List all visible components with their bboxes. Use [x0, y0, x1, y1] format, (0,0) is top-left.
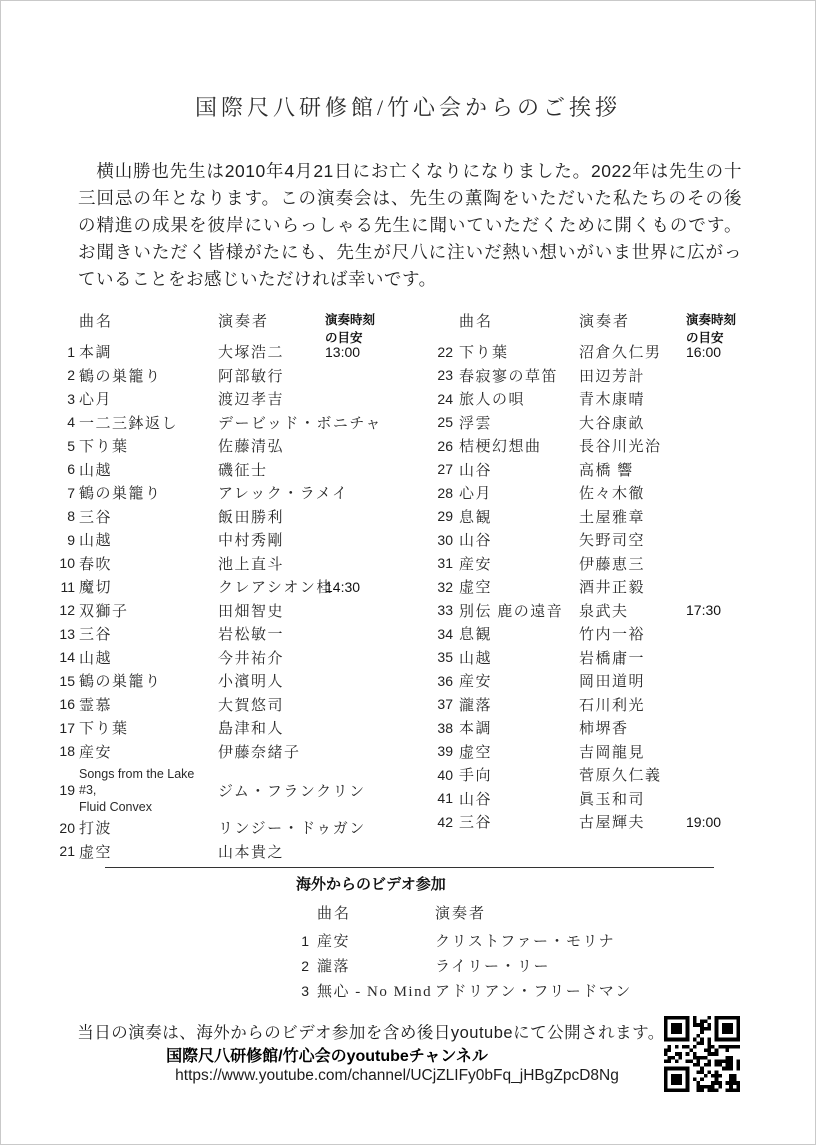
- performer-name: 岡田道明: [579, 670, 680, 691]
- row-number: 15: [53, 673, 75, 689]
- row-number: 3: [286, 983, 309, 999]
- row-number: 18: [53, 743, 75, 759]
- song-title: 息観: [459, 623, 573, 644]
- performer-name: 大賀悠司: [218, 694, 321, 715]
- video-rows: 1産安クリストファー・モリナ2瀧落ライリー・リー3無心 - No Mindアドリ…: [286, 928, 646, 1003]
- header-performer: 演奏者: [218, 310, 321, 331]
- program-row: 41山谷眞玉和司: [425, 787, 745, 811]
- song-title: 鶴の巣籠り: [79, 482, 214, 503]
- program-rows-left: 1本調大塚浩二13:002鶴の巣籠り阿部敏行3心月渡辺孝吉4一二三鉢返しデービッ…: [53, 340, 418, 863]
- row-number: 19: [53, 782, 75, 798]
- row-number: 24: [425, 391, 453, 407]
- row-number: 39: [425, 743, 453, 759]
- performer-name: 長谷川光治: [579, 435, 680, 456]
- performer-name: 今井祐介: [218, 647, 321, 668]
- song-title: 息観: [459, 506, 573, 527]
- program-row: 33別伝 鹿の遠音泉武夫17:30: [425, 599, 745, 623]
- row-number: 25: [425, 414, 453, 430]
- program-row: 36産安岡田道明: [425, 669, 745, 693]
- row-number: 9: [53, 532, 75, 548]
- header-performer: 演奏者: [579, 310, 680, 331]
- program-row: 37瀧落石川利光: [425, 693, 745, 717]
- program-row: 2瀧落ライリー・リー: [286, 953, 646, 978]
- program-row: 25浮雲大谷康畝: [425, 411, 745, 435]
- song-title: 手向: [459, 764, 573, 785]
- program-row: 34息観竹内一裕: [425, 622, 745, 646]
- performer-name: 酒井正毅: [579, 576, 680, 597]
- section-divider: [105, 867, 714, 868]
- program-row: 29息観土屋雅章: [425, 505, 745, 529]
- page-title: 国際尺八研修館/竹心会からのご挨拶: [1, 91, 815, 122]
- program-row: 3心月渡辺孝吉: [53, 387, 418, 411]
- performer-name: 高橋 響: [579, 459, 680, 480]
- program-row: 9山越中村秀剛: [53, 528, 418, 552]
- row-number: 26: [425, 438, 453, 454]
- header-time: 演奏時刻の目安: [325, 310, 381, 346]
- row-number: 5: [53, 438, 75, 454]
- song-title: 旅人の唄: [459, 388, 573, 409]
- performer-name: デービッド・ボニチャ: [218, 412, 321, 433]
- row-number: 16: [53, 696, 75, 712]
- performance-time: 17:30: [686, 602, 746, 618]
- performer-name: ジム・フランクリン: [218, 780, 321, 801]
- performer-name: 柿堺香: [579, 717, 680, 738]
- performer-name: 竹内一裕: [579, 623, 680, 644]
- song-title: 浮雲: [459, 412, 573, 433]
- row-number: 42: [425, 814, 453, 830]
- program-row: 5下り葉佐藤清弘: [53, 434, 418, 458]
- table-header-row: 曲名 演奏者 演奏時刻の目安: [425, 307, 745, 340]
- song-title: 虚空: [79, 841, 214, 862]
- row-number: 20: [53, 820, 75, 836]
- row-number: 10: [53, 555, 75, 571]
- performer-name: 岩橋庸一: [579, 647, 680, 668]
- song-title: 下り葉: [459, 341, 573, 362]
- header-song: 曲名: [317, 902, 427, 923]
- row-number: 13: [53, 626, 75, 642]
- row-number: 34: [425, 626, 453, 642]
- row-number: 6: [53, 461, 75, 477]
- program-row: 23春寂寥の草笛田辺芳計: [425, 364, 745, 388]
- youtube-channel-url[interactable]: https://www.youtube.com/channel/UCjZLIFy…: [27, 1067, 767, 1085]
- performer-name: リンジー・ドゥガン: [218, 817, 321, 838]
- row-number: 33: [425, 602, 453, 618]
- song-title: 産安: [459, 670, 573, 691]
- row-number: 29: [425, 508, 453, 524]
- performer-name: 伊藤恵三: [579, 553, 680, 574]
- performer-name: 矢野司空: [579, 529, 680, 550]
- row-number: 31: [425, 555, 453, 571]
- song-title: 魔切: [79, 576, 214, 597]
- table-header-row: 曲名 演奏者 演奏時刻の目安: [53, 307, 418, 340]
- program-row: 11魔切クレアシオン桂14:30: [53, 575, 418, 599]
- row-number: 37: [425, 696, 453, 712]
- program-row: 26桔梗幻想曲長谷川光治: [425, 434, 745, 458]
- program-row: 4一二三鉢返しデービッド・ボニチャ: [53, 411, 418, 435]
- row-number: 12: [53, 602, 75, 618]
- program-row: 19Songs from the Lake #3,Fluid Convexジム・…: [53, 766, 418, 812]
- song-title: 山谷: [459, 788, 573, 809]
- row-number: 17: [53, 720, 75, 736]
- performer-name: 飯田勝利: [218, 506, 321, 527]
- performer-name: 大谷康畝: [579, 412, 680, 433]
- header-song: 曲名: [459, 310, 573, 331]
- performer-name: 土屋雅章: [579, 506, 680, 527]
- song-title: 本調: [79, 341, 214, 362]
- row-number: 41: [425, 790, 453, 806]
- program-row: 21虚空山本貴之: [53, 840, 418, 864]
- program-row: 3無心 - No Mindアドリアン・フリードマン: [286, 978, 646, 1003]
- program-table-left: 曲名 演奏者 演奏時刻の目安 1本調大塚浩二13:002鶴の巣籠り阿部敏行3心月…: [53, 307, 418, 863]
- header-time: 演奏時刻の目安: [686, 310, 746, 346]
- performance-time: 13:00: [325, 344, 381, 360]
- row-number: 22: [425, 344, 453, 360]
- row-number: 40: [425, 767, 453, 783]
- program-row: 6山越磯征士: [53, 458, 418, 482]
- row-number: 11: [53, 579, 75, 595]
- program-row: 38本調柿堺香: [425, 716, 745, 740]
- performer-name: クリストファー・モリナ: [435, 930, 645, 951]
- song-title: 三谷: [459, 811, 573, 832]
- row-number: 27: [425, 461, 453, 477]
- program-row: 8三谷飯田勝利: [53, 505, 418, 529]
- song-title: 山谷: [459, 529, 573, 550]
- program-row: 13三谷岩松敏一: [53, 622, 418, 646]
- song-title: 春寂寥の草笛: [459, 365, 573, 386]
- program-row: 17下り葉島津和人: [53, 716, 418, 740]
- row-number: 4: [53, 414, 75, 430]
- row-number: 1: [286, 933, 309, 949]
- performer-name: 菅原久仁義: [579, 764, 680, 785]
- song-title: 三谷: [79, 506, 214, 527]
- row-number: 8: [53, 508, 75, 524]
- song-title: 別伝 鹿の遠音: [459, 600, 573, 621]
- qr-code: [664, 1016, 740, 1092]
- row-number: 21: [53, 843, 75, 859]
- program-row: 18産安伊藤奈緒子: [53, 740, 418, 764]
- performer-name: 池上直斗: [218, 553, 321, 574]
- performer-name: 石川利光: [579, 694, 680, 715]
- performance-time: 19:00: [686, 814, 746, 830]
- performer-name: アレック・ラメイ: [218, 482, 321, 503]
- video-section-title: 海外からのビデオ参加: [296, 873, 446, 894]
- song-title: 心月: [459, 482, 573, 503]
- song-title: 山越: [459, 647, 573, 668]
- song-title: Songs from the Lake #3,Fluid Convex: [79, 766, 214, 815]
- program-row: 12双獅子田畑智史: [53, 599, 418, 623]
- song-title: 双獅子: [79, 600, 214, 621]
- performer-name: 古屋輝夫: [579, 811, 680, 832]
- row-number: 2: [286, 958, 309, 974]
- performer-name: アドリアン・フリードマン: [435, 980, 645, 1001]
- song-title: 鶴の巣籠り: [79, 365, 214, 386]
- song-title: 虚空: [459, 741, 573, 762]
- program-row: 7鶴の巣籠りアレック・ラメイ: [53, 481, 418, 505]
- song-title: 本調: [459, 717, 573, 738]
- program-row: 30山谷矢野司空: [425, 528, 745, 552]
- song-title: 霊慕: [79, 694, 214, 715]
- row-number: 28: [425, 485, 453, 501]
- row-number: 2: [53, 367, 75, 383]
- performer-name: 吉岡龍見: [579, 741, 680, 762]
- header-performer: 演奏者: [435, 902, 645, 923]
- row-number: 1: [53, 344, 75, 360]
- song-title: 瀧落: [459, 694, 573, 715]
- song-title: 産安: [459, 553, 573, 574]
- song-title: 三谷: [79, 623, 214, 644]
- performance-time: 16:00: [686, 344, 746, 360]
- program-row: 39虚空吉岡龍見: [425, 740, 745, 764]
- song-title: 虚空: [459, 576, 573, 597]
- row-number: 3: [53, 391, 75, 407]
- youtube-channel-label: 国際尺八研修館/竹心会のyoutubeチャンネル: [0, 1043, 697, 1066]
- song-title: 山越: [79, 459, 214, 480]
- song-title: 山越: [79, 647, 214, 668]
- youtube-notice: 当日の演奏は、海外からのビデオ参加を含め後日youtubeにて公開されます。: [1, 1019, 741, 1043]
- document-page: 国際尺八研修館/竹心会からのご挨拶 横山勝也先生は2010年4月21日にお亡くな…: [0, 0, 816, 1145]
- performer-name: ライリー・リー: [435, 955, 645, 976]
- performer-name: 眞玉和司: [579, 788, 680, 809]
- header-song: 曲名: [79, 310, 214, 331]
- performer-name: 磯征士: [218, 459, 321, 480]
- performer-name: 田畑智史: [218, 600, 321, 621]
- program-row: 20打波リンジー・ドゥガン: [53, 816, 418, 840]
- program-row: 14山越今井祐介: [53, 646, 418, 670]
- song-title: 鶴の巣籠り: [79, 670, 214, 691]
- greeting-paragraph: 横山勝也先生は2010年4月21日にお亡くなりになりました。2022年は先生の十…: [78, 158, 742, 293]
- song-title: 瀧落: [317, 955, 427, 976]
- program-row: 40手向菅原久仁義: [425, 763, 745, 787]
- song-title: 下り葉: [79, 435, 214, 456]
- performer-name: 山本貴之: [218, 841, 321, 862]
- row-number: 38: [425, 720, 453, 736]
- program-row: 42三谷古屋輝夫19:00: [425, 810, 745, 834]
- program-rows-right: 22下り葉沼倉久仁男16:0023春寂寥の草笛田辺芳計24旅人の唄青木康晴25浮…: [425, 340, 745, 834]
- row-number: 14: [53, 649, 75, 665]
- song-title: 産安: [317, 930, 427, 951]
- song-title: 産安: [79, 741, 214, 762]
- song-title: 桔梗幻想曲: [459, 435, 573, 456]
- performer-name: 佐々木徹: [579, 482, 680, 503]
- performer-name: 青木康晴: [579, 388, 680, 409]
- song-title: 山谷: [459, 459, 573, 480]
- program-row: 15鶴の巣籠り小濱明人: [53, 669, 418, 693]
- program-row: 24旅人の唄青木康晴: [425, 387, 745, 411]
- performer-name: クレアシオン桂: [218, 576, 321, 597]
- program-row: 27山谷高橋 響: [425, 458, 745, 482]
- performer-name: 小濱明人: [218, 670, 321, 691]
- program-row: 22下り葉沼倉久仁男16:00: [425, 340, 745, 364]
- program-row: 35山越岩橋庸一: [425, 646, 745, 670]
- song-title: 下り葉: [79, 717, 214, 738]
- song-title: 春吹: [79, 553, 214, 574]
- program-table-right: 曲名 演奏者 演奏時刻の目安 22下り葉沼倉久仁男16:0023春寂寥の草笛田辺…: [425, 307, 745, 834]
- performer-name: 泉武夫: [579, 600, 680, 621]
- program-row: 32虚空酒井正毅: [425, 575, 745, 599]
- performer-name: 岩松敏一: [218, 623, 321, 644]
- performer-name: 沼倉久仁男: [579, 341, 680, 362]
- program-row: 31産安伊藤恵三: [425, 552, 745, 576]
- performer-name: 阿部敏行: [218, 365, 321, 386]
- performer-name: 田辺芳計: [579, 365, 680, 386]
- row-number: 36: [425, 673, 453, 689]
- performer-name: 島津和人: [218, 717, 321, 738]
- song-title: 無心 - No Mind: [317, 980, 427, 1001]
- row-number: 35: [425, 649, 453, 665]
- row-number: 23: [425, 367, 453, 383]
- performer-name: 大塚浩二: [218, 341, 321, 362]
- table-header-row: 曲名 演奏者: [286, 899, 646, 928]
- song-title: 山越: [79, 529, 214, 550]
- program-row: 16霊慕大賀悠司: [53, 693, 418, 717]
- performance-time: 14:30: [325, 579, 381, 595]
- performer-name: 伊藤奈緒子: [218, 741, 321, 762]
- row-number: 7: [53, 485, 75, 501]
- program-row: 10春吹池上直斗: [53, 552, 418, 576]
- program-row: 2鶴の巣籠り阿部敏行: [53, 364, 418, 388]
- song-title: 一二三鉢返し: [79, 412, 214, 433]
- program-row: 1本調大塚浩二13:00: [53, 340, 418, 364]
- song-title: 心月: [79, 388, 214, 409]
- program-row: 28心月佐々木徹: [425, 481, 745, 505]
- performer-name: 佐藤清弘: [218, 435, 321, 456]
- song-title: 打波: [79, 817, 214, 838]
- video-table: 曲名 演奏者 1産安クリストファー・モリナ2瀧落ライリー・リー3無心 - No …: [286, 899, 646, 1003]
- row-number: 32: [425, 579, 453, 595]
- performer-name: 中村秀剛: [218, 529, 321, 550]
- program-row: 1産安クリストファー・モリナ: [286, 928, 646, 953]
- performer-name: 渡辺孝吉: [218, 388, 321, 409]
- row-number: 30: [425, 532, 453, 548]
